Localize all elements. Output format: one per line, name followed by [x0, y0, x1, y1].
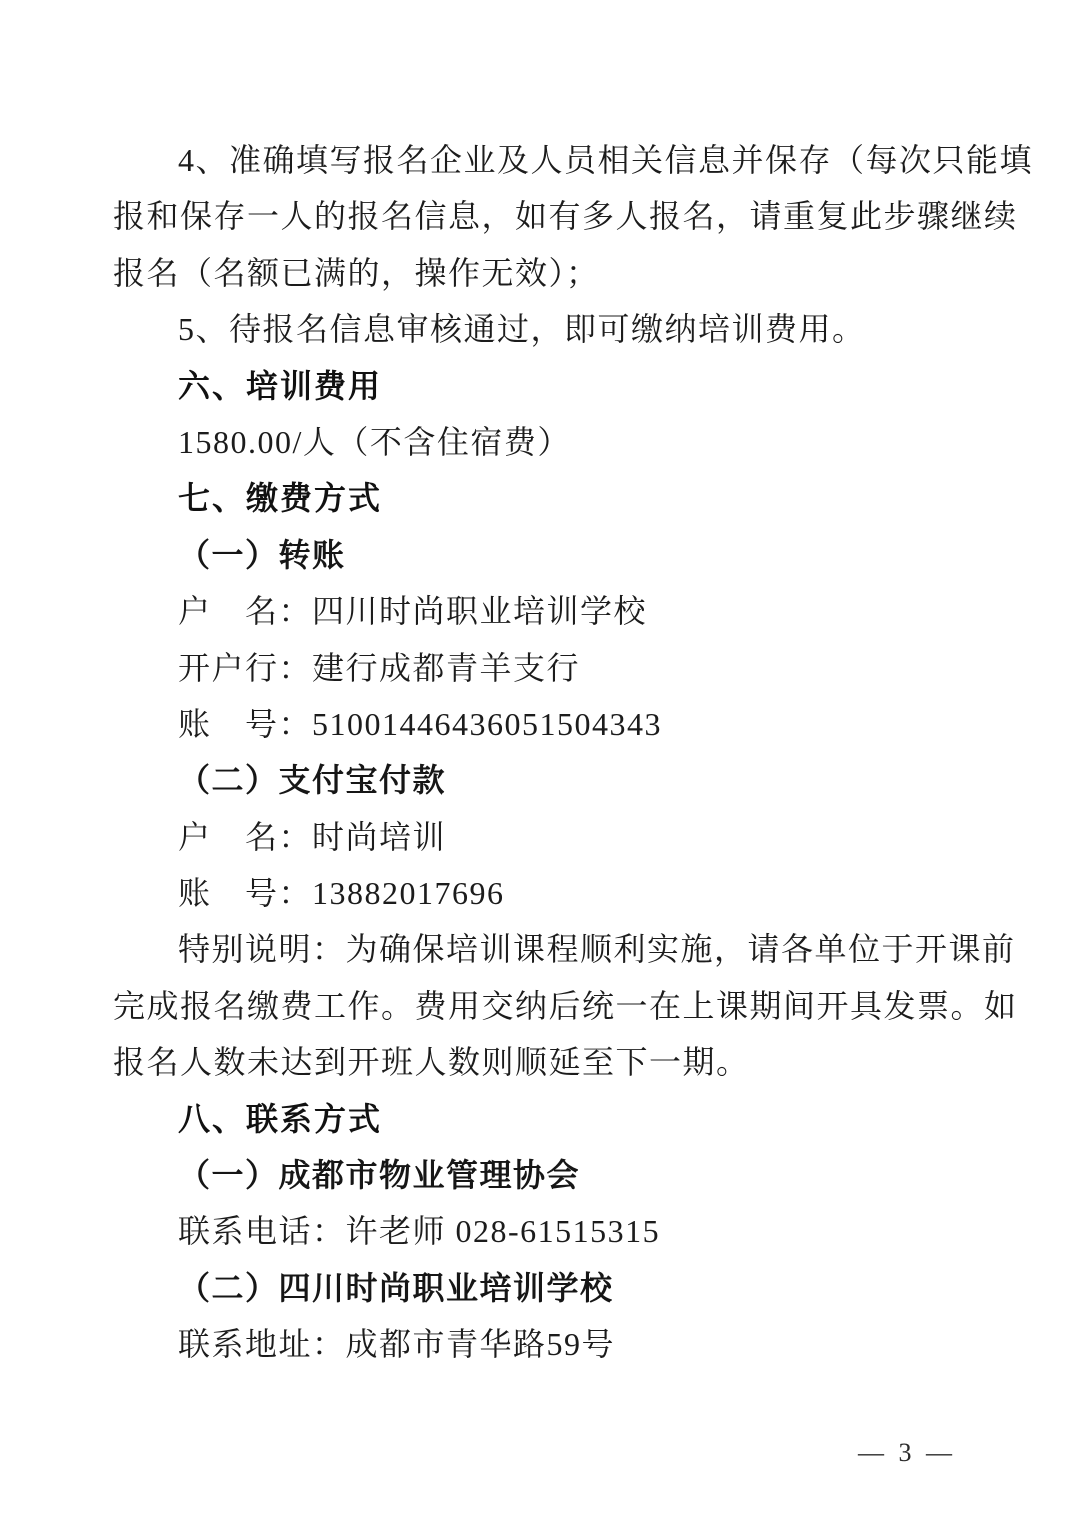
- text-line: 特别说明：为确保培训课程顺利实施，请各单位于开课前: [113, 921, 989, 977]
- text-line: 报名（名额已满的，操作无效）；: [113, 245, 989, 301]
- text-line: 5、待报名信息审核通过，即可缴纳培训费用。: [113, 301, 989, 357]
- text-line: 八、联系方式: [113, 1091, 989, 1147]
- text-line: （一）转账: [113, 527, 989, 583]
- text-line: （一）成都市物业管理协会: [113, 1147, 989, 1203]
- text-line: （二）四川时尚职业培训学校: [113, 1260, 989, 1316]
- text-line: 联系地址：成都市青华路59号: [113, 1316, 989, 1372]
- text-line: 联系电话：许老师 028-61515315: [113, 1203, 989, 1259]
- text-line: 报和保存一人的报名信息，如有多人报名，请重复此步骤继续: [113, 188, 989, 244]
- text-line: 1580.00/人（不含住宿费）: [113, 414, 989, 470]
- text-line: 七、缴费方式: [113, 470, 989, 526]
- text-line: 报名人数未达到开班人数则顺延至下一期。: [113, 1034, 989, 1090]
- text-line: 4、准确填写报名企业及人员相关信息并保存（每次只能填: [113, 132, 989, 188]
- text-line: 户 名：四川时尚职业培训学校: [113, 583, 989, 639]
- text-line: （二）支付宝付款: [113, 752, 989, 808]
- text-line: 户 名：时尚培训: [113, 809, 989, 865]
- document-page: 4、准确填写报名企业及人员相关信息并保存（每次只能填报和保存一人的报名信息，如有…: [0, 0, 1080, 1527]
- page-number: — 3 —: [858, 1438, 956, 1468]
- text-line: 账 号：51001446436051504343: [113, 696, 989, 752]
- text-line: 账 号：13882017696: [113, 865, 989, 921]
- text-line: 开户行：建行成都青羊支行: [113, 640, 989, 696]
- text-line: 六、培训费用: [113, 358, 989, 414]
- text-line: 完成报名缴费工作。费用交纳后统一在上课期间开具发票。如: [113, 978, 989, 1034]
- document-body: 4、准确填写报名企业及人员相关信息并保存（每次只能填报和保存一人的报名信息，如有…: [113, 132, 989, 1373]
